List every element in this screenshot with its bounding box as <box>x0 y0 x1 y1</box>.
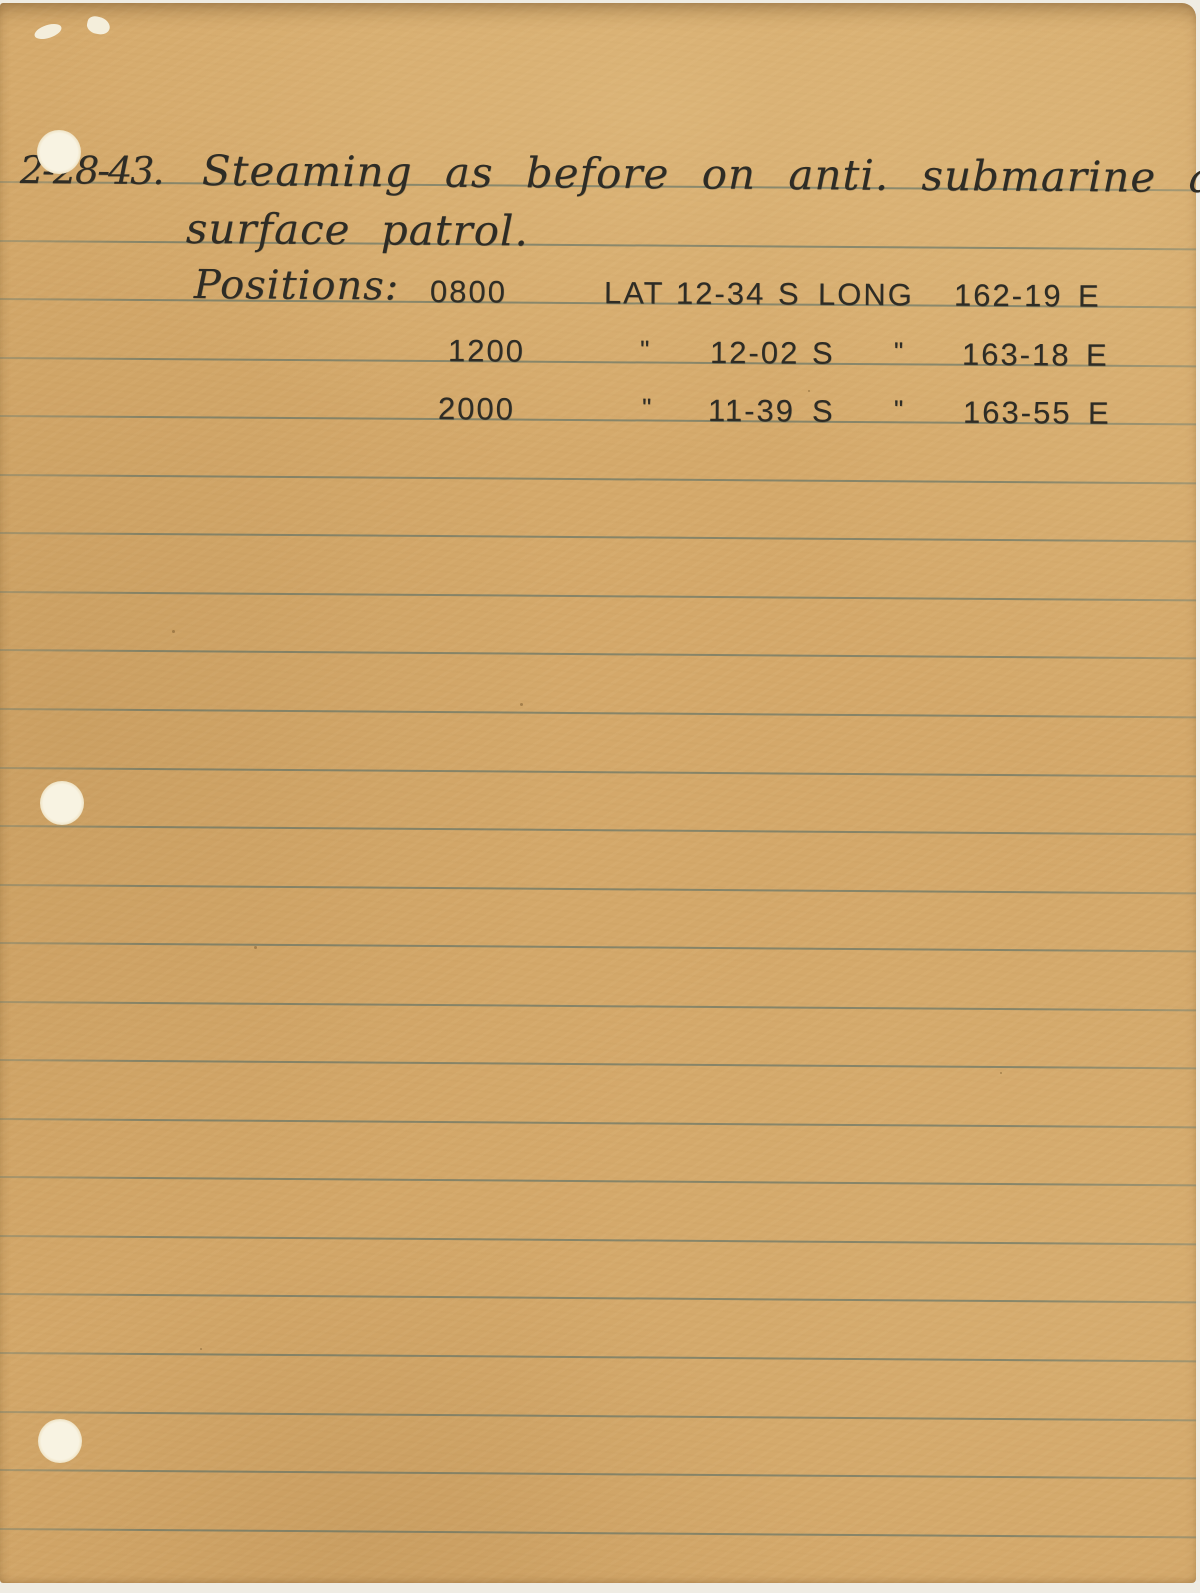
lat-hemisphere: S <box>812 338 835 370</box>
punch-hole-middle <box>40 781 84 825</box>
long-value: 162-19 <box>954 280 1063 313</box>
paper-speck <box>1000 1072 1002 1074</box>
entry-line-1: Steaming as before on anti. submarine an… <box>202 146 1200 202</box>
lat-label: LAT <box>604 277 665 309</box>
lat-value: 11-39 <box>708 395 795 428</box>
long-value: 163-18 <box>962 339 1071 372</box>
paper-speck <box>808 390 810 392</box>
lat-hemisphere: S <box>812 396 835 428</box>
position-row-1200: 1200 " 12-02 S " 163-18 E <box>0 332 1196 372</box>
punch-hole-bottom <box>38 1419 82 1463</box>
long-value: 163-55 <box>963 397 1072 430</box>
long-ditto-mark: " <box>894 335 905 367</box>
lat-ditto-mark: " <box>642 391 653 423</box>
lat-hemisphere: S <box>778 278 801 310</box>
paper-speck <box>200 1348 202 1350</box>
lat-value: 12-02 <box>710 337 800 370</box>
paper-speck <box>520 703 523 706</box>
paper-speck <box>172 630 175 633</box>
paper-speck <box>254 946 257 949</box>
lat-ditto-mark: " <box>640 333 651 365</box>
long-hemisphere: E <box>1078 281 1101 313</box>
punch-hole-top <box>37 130 81 174</box>
position-row-2000: 2000 " 11-39 S " 163-55 E <box>0 390 1196 430</box>
position-time: 0800 <box>430 276 507 309</box>
position-row-0800: 0800 LAT 12-34 S LONG 162-19 E <box>0 273 1196 313</box>
handwriting-layer: 2-28-43. Steaming as before on anti. sub… <box>0 0 1200 1593</box>
lat-value: 12-34 <box>676 278 766 311</box>
long-label: LONG <box>818 279 914 312</box>
position-time: 2000 <box>438 393 515 426</box>
log-page: 2-28-43. Steaming as before on anti. sub… <box>0 0 1200 1593</box>
entry-line-2: surface patrol. <box>186 204 529 255</box>
long-ditto-mark: " <box>894 393 905 425</box>
long-hemisphere: E <box>1088 398 1111 430</box>
position-time: 1200 <box>448 335 525 368</box>
long-hemisphere: E <box>1086 340 1109 372</box>
